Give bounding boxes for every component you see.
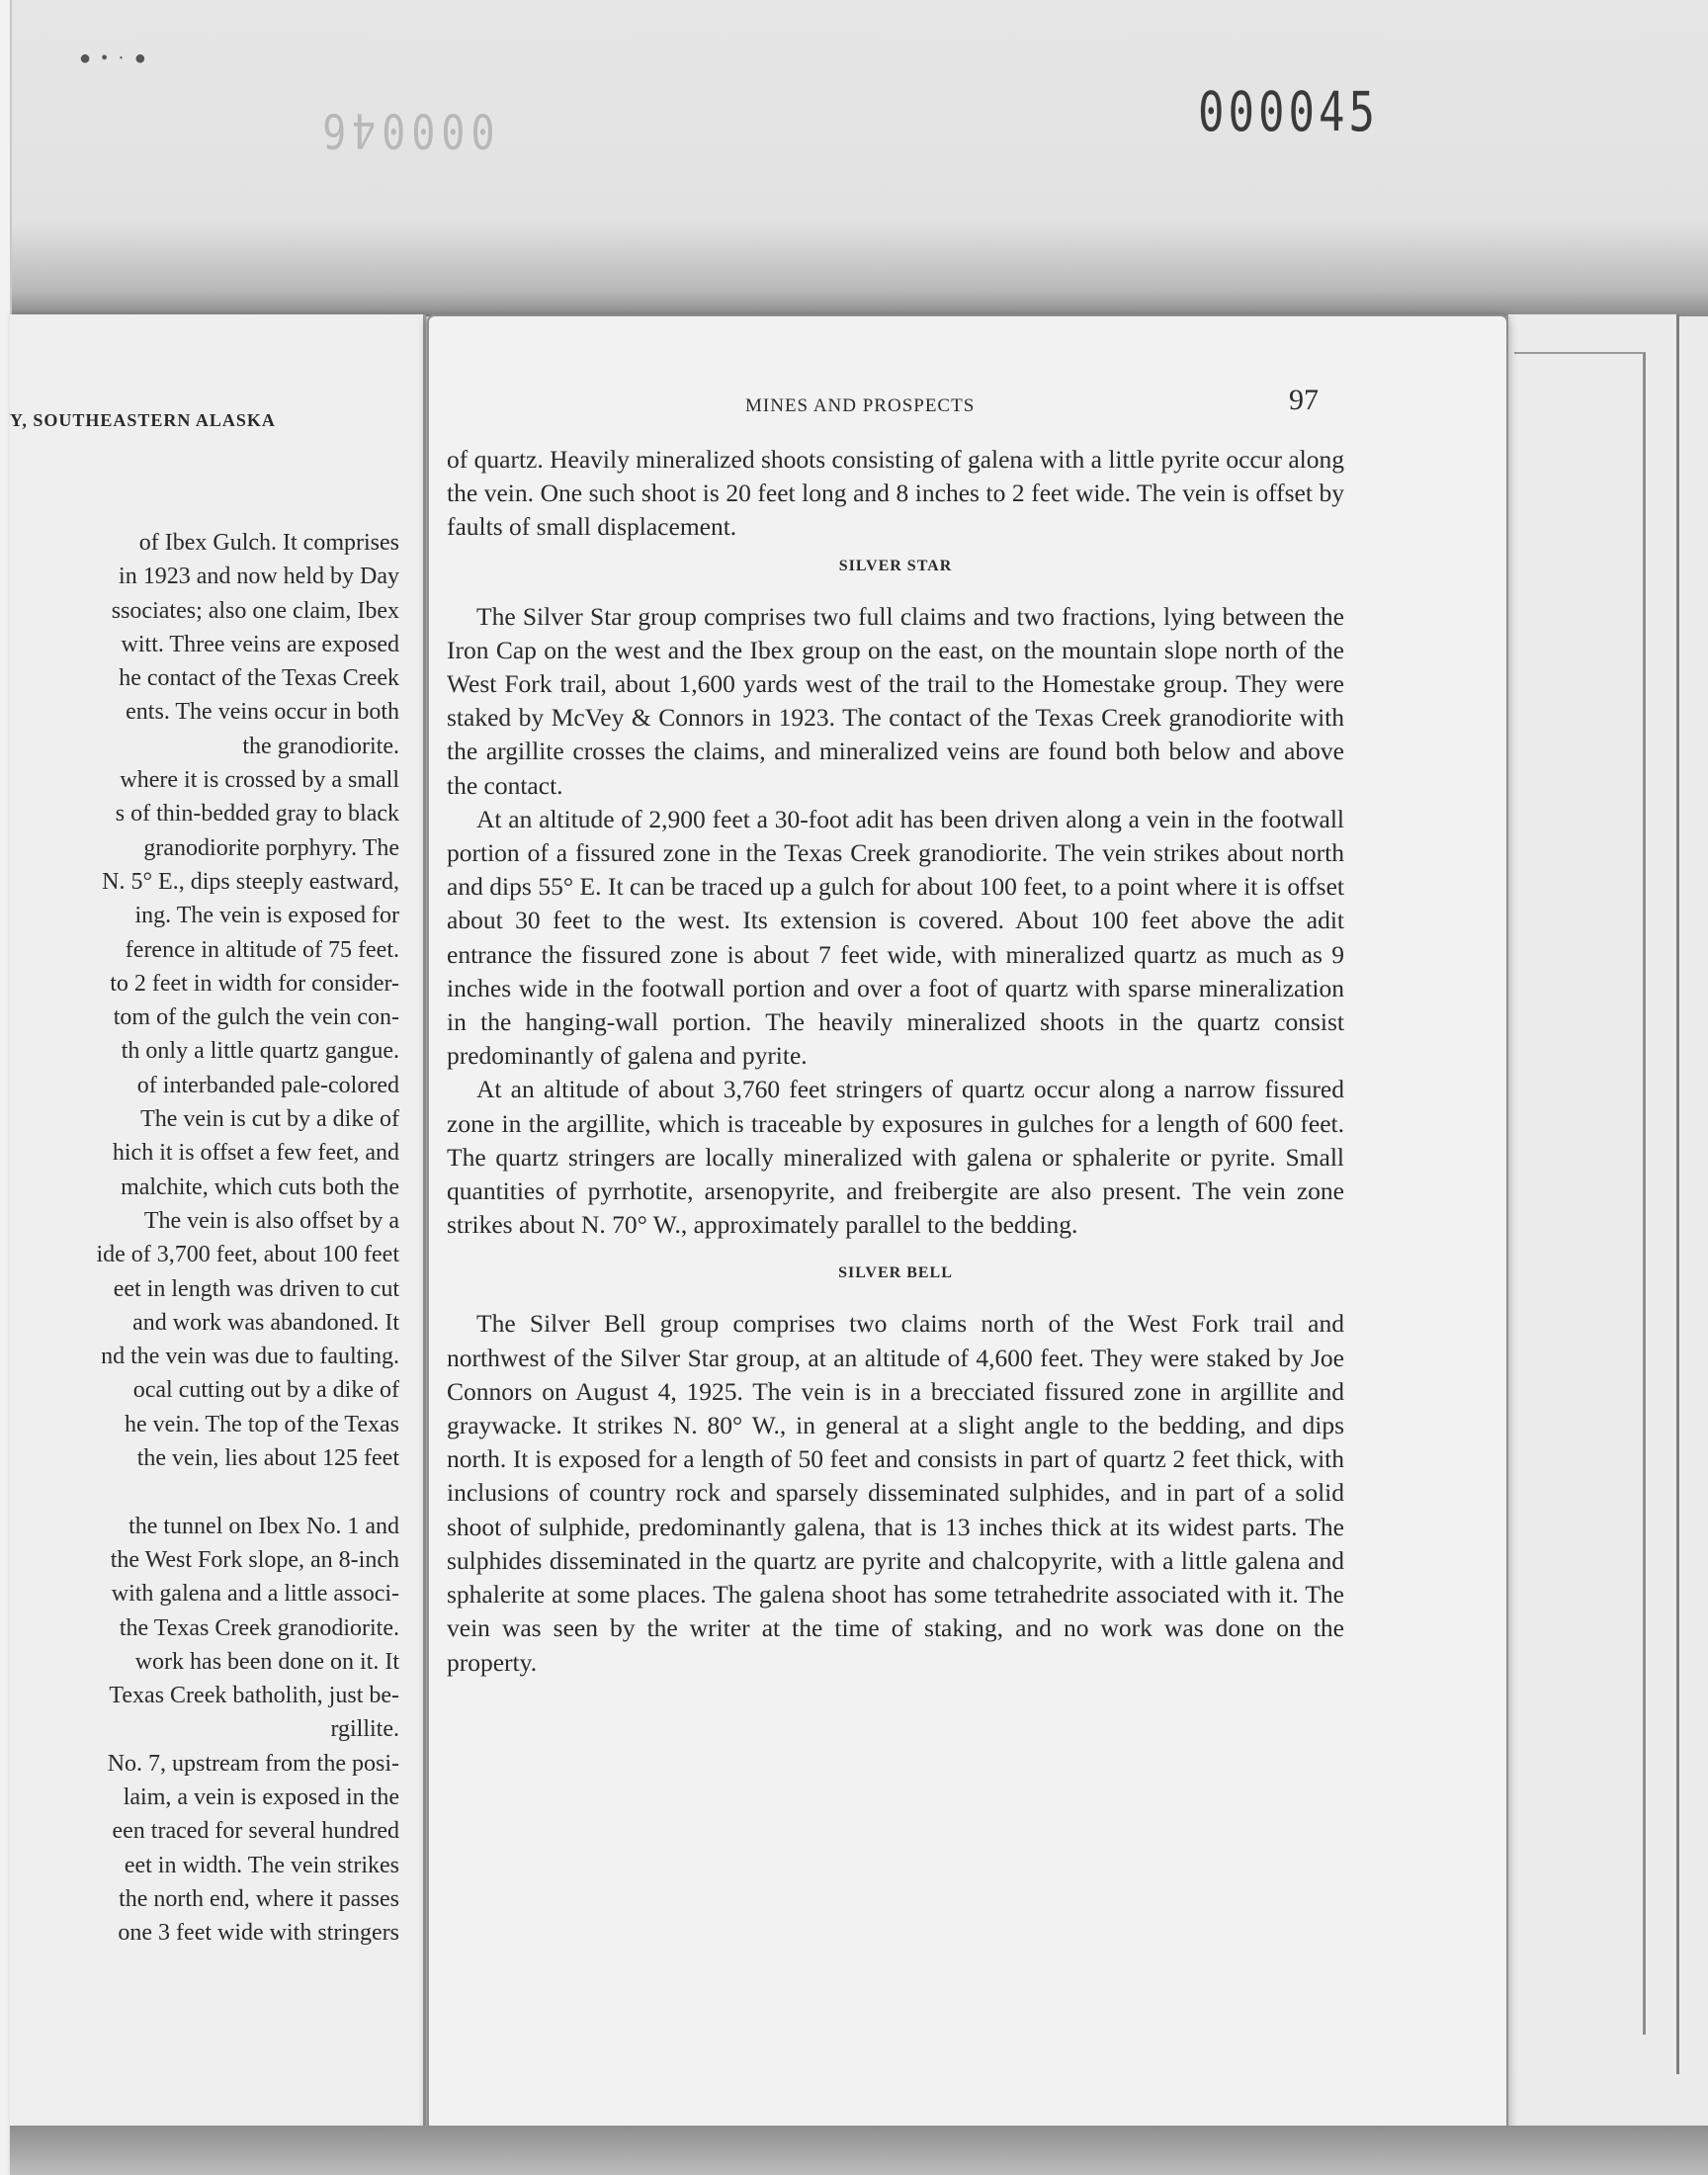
left-page-text: of Ibex Gulch. It comprisesin 1923 and n… bbox=[10, 526, 399, 1950]
left-page-line: and work was abandoned. It bbox=[10, 1306, 399, 1340]
left-page-line: with galena and a little associ- bbox=[10, 1577, 399, 1610]
left-page-line: witt. Three veins are exposed bbox=[10, 628, 399, 661]
left-page-line: he contact of the Texas Creek bbox=[10, 661, 399, 695]
left-page-line: he vein. The top of the Texas bbox=[10, 1408, 399, 1441]
left-running-head: Y, SOUTHEASTERN ALASKA bbox=[10, 410, 276, 431]
scan-bottom-shadow bbox=[10, 2126, 1708, 2175]
left-page-line: of interbanded pale-colored bbox=[10, 1069, 399, 1102]
scan-specks: ●•·● bbox=[79, 47, 156, 70]
scan-background bbox=[0, 0, 1708, 316]
page-number: 97 bbox=[1289, 384, 1319, 417]
left-page-line: the vein, lies about 125 feet bbox=[10, 1441, 399, 1475]
left-page-line: to 2 feet in width for consider- bbox=[10, 967, 399, 1000]
left-page-line: eet in width. The vein strikes bbox=[10, 1849, 399, 1882]
left-page-line: Texas Creek batholith, just be- bbox=[10, 1679, 399, 1712]
body-text: of quartz. Heavily mineralized shoots co… bbox=[447, 443, 1344, 1680]
paragraph: At an altitude of about 3,760 feet strin… bbox=[447, 1073, 1344, 1242]
left-page-line: No. 7, upstream from the posi- bbox=[10, 1747, 399, 1781]
left-page-line: een traced for several hundred bbox=[10, 1814, 399, 1848]
left-page-line: the granodiorite. bbox=[10, 730, 399, 763]
paragraph: The Silver Star group comprises two full… bbox=[447, 600, 1344, 803]
left-page-line: nd the vein was due to faulting. bbox=[10, 1340, 399, 1373]
left-page-line: work has been done on it. It bbox=[10, 1645, 399, 1679]
underlying-page-edge bbox=[1506, 314, 1679, 2074]
left-page-line: of Ibex Gulch. It comprises bbox=[10, 526, 399, 560]
page-edge-inner bbox=[1514, 352, 1646, 2035]
left-page-line: where it is crossed by a small bbox=[10, 763, 399, 797]
left-page-line: the north end, where it passes bbox=[10, 1882, 399, 1916]
left-page-line: laim, a vein is exposed in the bbox=[10, 1781, 399, 1814]
left-page: Y, SOUTHEASTERN ALASKA of Ibex Gulch. It… bbox=[10, 314, 426, 2175]
left-page-line: ference in altitude of 75 feet. bbox=[10, 933, 399, 967]
left-page-line: the Texas Creek granodiorite. bbox=[10, 1611, 399, 1645]
intro-paragraph: of quartz. Heavily mineralized shoots co… bbox=[447, 443, 1344, 545]
left-page-line: The vein is cut by a dike of bbox=[10, 1102, 399, 1136]
paragraph: The Silver Bell group comprises two clai… bbox=[447, 1307, 1344, 1679]
left-page-line: malchite, which cuts both the bbox=[10, 1171, 399, 1204]
left-page-line: s of thin-bedded gray to black bbox=[10, 797, 399, 830]
left-page-line: ssociates; also one claim, Ibex bbox=[10, 594, 399, 628]
fold-line bbox=[1509, 316, 1510, 2135]
left-page-line: tom of the gulch the vein con- bbox=[10, 1000, 399, 1034]
bates-number-bleedthrough: 000046 bbox=[316, 102, 495, 156]
left-page-line bbox=[10, 1475, 399, 1509]
left-page-line: the West Fork slope, an 8-inch bbox=[10, 1543, 399, 1577]
left-page-line: granodiorite porphyry. The bbox=[10, 831, 399, 865]
left-page-line: in 1923 and now held by Day bbox=[10, 560, 399, 593]
running-head: MINES AND PROSPECTS bbox=[745, 395, 975, 417]
left-page-line: the tunnel on Ibex No. 1 and bbox=[10, 1510, 399, 1543]
left-page-line: eet in length was driven to cut bbox=[10, 1272, 399, 1306]
section-heading-silver-star: SILVER STAR bbox=[447, 555, 1344, 578]
paragraph: At an altitude of 2,900 feet a 30-foot a… bbox=[447, 803, 1344, 1074]
left-page-line: ocal cutting out by a dike of bbox=[10, 1373, 399, 1407]
left-page-line: N. 5° E., dips steeply eastward, bbox=[10, 865, 399, 899]
left-page-line: one 3 feet wide with stringers bbox=[10, 1916, 399, 1950]
left-page-line: The vein is also offset by a bbox=[10, 1204, 399, 1238]
left-page-line: hich it is offset a few feet, and bbox=[10, 1136, 399, 1170]
left-page-line: ide of 3,700 feet, about 100 feet bbox=[10, 1238, 399, 1271]
left-page-line: ents. The veins occur in both bbox=[10, 695, 399, 729]
main-page: MINES AND PROSPECTS 97 of quartz. Heavil… bbox=[427, 314, 1508, 2137]
section-heading-silver-bell: SILVER BELL bbox=[447, 1261, 1344, 1285]
left-page-line: ing. The vein is exposed for bbox=[10, 899, 399, 932]
left-page-line: rgillite. bbox=[10, 1712, 399, 1746]
bates-number: 000045 bbox=[1198, 81, 1379, 144]
left-page-line: th only a little quartz gangue. bbox=[10, 1034, 399, 1068]
